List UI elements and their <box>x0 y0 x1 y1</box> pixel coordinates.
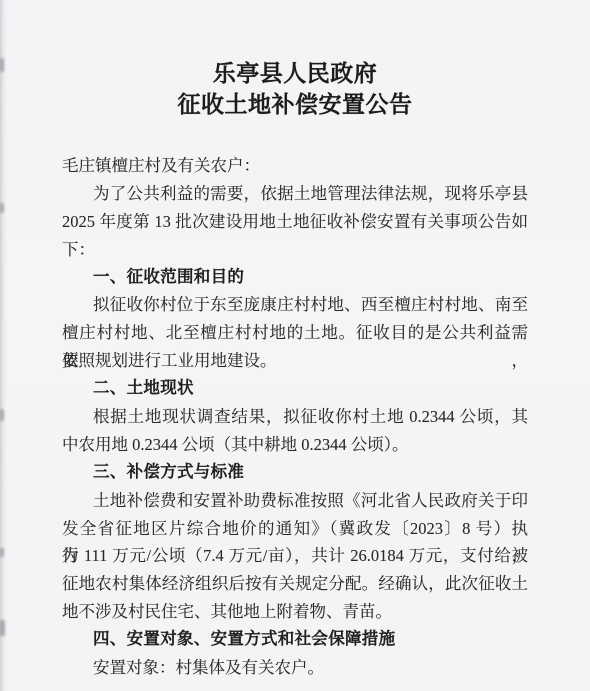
document-line: 檀庄村村地、北至檀庄村村地的土地。征收目的是公共利益需要， <box>62 319 528 347</box>
scan-smudge <box>0 548 4 557</box>
section-2-heading: 二、土地现状 <box>62 375 528 403</box>
document-line: 征地农村集体经济组织后按有关规定分配。经确认，此次征收土 <box>62 570 528 598</box>
document-line: 土地补偿费和安置补助费标准按照《河北省人民政府关于印 <box>62 487 528 515</box>
document-line: 下： <box>62 236 528 264</box>
document-line: 中农用地 0.2344 公顷（其中耕地 0.2344 公顷）。 <box>62 431 528 459</box>
document-line: 拟征收你村位于东至庞康庄村村地、西至檀庄村村地、南至 <box>62 291 528 319</box>
document-line: 地不涉及村民住宅、其他地上附着物、青苗。 <box>62 598 528 626</box>
scan-smudge <box>0 620 5 636</box>
document-line: 2025 年度第 13 批次建设用地土地征收补偿安置有关事项公告如 <box>62 208 528 236</box>
document-title-line-1: 乐亭县人民政府 <box>0 58 590 89</box>
section-1-heading: 一、征收范围和目的 <box>62 264 528 292</box>
document-line: 为了公共利益的需要，依据土地管理法律法规，现将乐亭县 <box>62 180 528 208</box>
document-body: 毛庄镇檀庄村及有关农户： 为了公共利益的需要，依据土地管理法律法规，现将乐亭县 … <box>62 152 528 682</box>
document-line: 发全省征地区片综合地价的通知》（冀政发〔2023〕8 号）执行， <box>62 515 528 543</box>
section-4-heading: 四、安置对象、安置方式和社会保障措施 <box>62 626 528 654</box>
section-3-heading: 三、补偿方式与标准 <box>62 459 528 487</box>
document-line-addressee: 毛庄镇檀庄村及有关农户： <box>62 152 528 180</box>
document-line: 为 111 万元/公顷（7.4 万元/亩），共计 26.0184 万元，支付给被 <box>62 542 528 570</box>
scan-smudge <box>0 409 4 421</box>
document-title: 乐亭县人民政府 征收土地补偿安置公告 <box>0 58 590 120</box>
document-title-line-2: 征收土地补偿安置公告 <box>0 89 590 120</box>
scan-smudge <box>0 203 4 213</box>
document-line: 安置对象：村集体及有关农户。 <box>62 654 528 682</box>
document-line: 根据土地现状调查结果，拟征收你村土地 0.2344 公顷，其 <box>62 403 528 431</box>
scanned-document-page: 乐亭县人民政府 征收土地补偿安置公告 毛庄镇檀庄村及有关农户： 为了公共利益的需… <box>0 0 590 691</box>
